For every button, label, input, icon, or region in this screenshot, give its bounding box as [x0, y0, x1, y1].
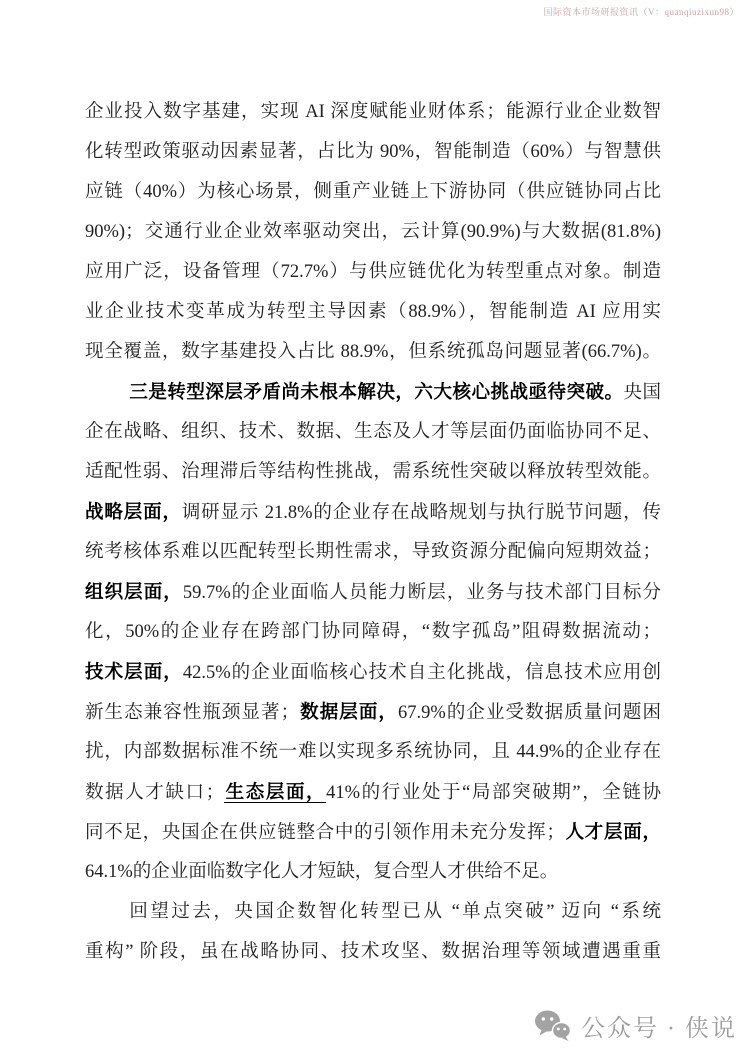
text-segment: 59.7%的企业面临人员能力断层，业务与技术部门目标分 — [183, 583, 661, 603]
text-line: 扰，内部数据标准不统一难以实现多系统协同，且 44.9%的企业存在 — [85, 732, 661, 772]
text-segment: 化转型政策驱动因素显著，占比为 90%，智能制造（60%）与智慧供 — [85, 142, 661, 162]
text-line: 64.1%的企业面临数字化人才短缺，复合型人才供给不足。 — [85, 852, 661, 892]
text-segment: 央国 — [623, 383, 661, 403]
text-segment: 应用广泛，设备管理（72.7%）与供应链优化为转型重点对象。制造 — [85, 262, 661, 282]
text-segment: 适配性弱、治理滞后等结构性挑战，需系统性突破以释放转型效能。 — [85, 462, 661, 482]
paragraph: 回望过去，央国企数智化转型已从 “单点突破” 迈向 “系统重构” 阶段，虽在战略… — [85, 892, 661, 972]
text-segment: 调研显示 21.8%的企业存在战略规划与执行脱节问题，传 — [182, 503, 661, 523]
text-segment: 企业投入数字基建，实现 AI 深度赋能业财体系；能源行业企业数智 — [85, 102, 661, 122]
section-label: 数据层面， — [299, 701, 398, 722]
text-segment: 41%的行业处于“局部突破期”，全链协 — [326, 783, 661, 803]
text-segment: 现全覆盖，数字基建投入占比 88.9%，但系统孤岛问题显著(66.7%)。 — [85, 342, 661, 362]
text-segment: 67.9%的企业受数据质量问题困 — [398, 703, 661, 723]
text-line: 战略层面，调研显示 21.8%的企业存在战略规划与执行脱节问题，传 — [85, 492, 661, 532]
text-segment: 回望过去，央国企数智化转型已从 “单点突破” 迈向 “系统 — [129, 902, 661, 922]
text-line: 新生态兼容性瓶颈显著；数据层面，67.9%的企业受数据质量问题困 — [85, 692, 661, 732]
section-label: 生态层面， — [224, 781, 326, 802]
text-segment: 统考核体系难以匹配转型长期性需求，导致资源分配偏向短期效益； — [85, 542, 661, 562]
footer-account-label: 公众号 · 侠说 — [581, 1008, 737, 1043]
section-label: 组织层面， — [85, 581, 183, 602]
text-segment: 同不足，央国企在供应链整合中的引领作用未充分发挥； — [85, 823, 565, 843]
text-line: 重构” 阶段，虽在战略协同、技术攻坚、数据治理等领域遭遇重重 — [85, 932, 661, 972]
text-segment: 64.1%的企业面临数字化人才短缺，复合型人才供给不足。 — [85, 862, 558, 882]
paragraph: 三是转型深层矛盾尚未根本解决，六大核心挑战亟待突破。央国企在战略、组织、技术、数… — [85, 372, 661, 892]
text-line: 90%)；交通行业企业效率驱动突出，云计算(90.9%)与大数据(81.8%) — [85, 212, 661, 252]
text-segment: 42.5%的企业面临核心技术自主化挑战，信息技术应用创 — [183, 663, 661, 683]
text-line: 回望过去，央国企数智化转型已从 “单点突破” 迈向 “系统 — [85, 892, 661, 932]
section-label: 三是转型深层矛盾尚未根本解决，六大核心挑战亟待突破。 — [129, 381, 623, 402]
text-segment: 化，50%的企业存在跨部门协同障碍，“数字孤岛”阻碍数据流动； — [85, 622, 661, 642]
page: 国际资本市场研报资讯（V：quanqiuzixun98） 企业投入数字基建，实现… — [0, 0, 743, 1052]
text-segment: 新生态兼容性瓶颈显著； — [85, 703, 299, 723]
text-line: 组织层面，59.7%的企业面临人员能力断层，业务与技术部门目标分 — [85, 572, 661, 612]
text-segment: 应链（40%）为核心场景，侧重产业链上下游协同（供应链协同占比 — [85, 182, 661, 202]
text-segment: 重构” 阶段，虽在战略协同、技术攻坚、数据治理等领域遭遇重重 — [85, 942, 661, 962]
text-line: 业企业技术变革成为转型主导因素（88.9%），智能制造 AI 应用实 — [85, 292, 661, 332]
section-label: 人才层面， — [565, 821, 661, 842]
text-line: 现全覆盖，数字基建投入占比 88.9%，但系统孤岛问题显著(66.7%)。 — [85, 332, 661, 372]
text-segment: 扰，内部数据标准不统一难以实现多系统协同，且 44.9%的企业存在 — [85, 742, 661, 762]
text-line: 同不足，央国企在供应链整合中的引领作用未充分发挥；人才层面， — [85, 812, 661, 852]
text-segment: 业企业技术变革成为转型主导因素（88.9%），智能制造 AI 应用实 — [85, 302, 661, 322]
text-line: 企业投入数字基建，实现 AI 深度赋能业财体系；能源行业企业数智 — [85, 92, 661, 132]
text-line: 企在战略、组织、技术、数据、生态及人才等层面仍面临协同不足、 — [85, 412, 661, 452]
text-line: 应链（40%）为核心场景，侧重产业链上下游协同（供应链协同占比 — [85, 172, 661, 212]
text-segment: 企在战略、组织、技术、数据、生态及人才等层面仍面临协同不足、 — [85, 422, 661, 442]
text-line: 化，50%的企业存在跨部门协同障碍，“数字孤岛”阻碍数据流动； — [85, 612, 661, 652]
document-body: 企业投入数字基建，实现 AI 深度赋能业财体系；能源行业企业数智化转型政策驱动因… — [85, 92, 661, 972]
text-line: 适配性弱、治理滞后等结构性挑战，需系统性突破以释放转型效能。 — [85, 452, 661, 492]
footer: 公众号 · 侠说 — [534, 1008, 737, 1043]
watermark: 国际资本市场研报资讯（V：quanqiuzixun98） — [544, 5, 740, 18]
text-line: 技术层面，42.5%的企业面临核心技术自主化挑战，信息技术应用创 — [85, 652, 661, 692]
text-segment: 数据人才缺口； — [85, 783, 224, 803]
text-line: 化转型政策驱动因素显著，占比为 90%，智能制造（60%）与智慧供 — [85, 132, 661, 172]
paragraph: 企业投入数字基建，实现 AI 深度赋能业财体系；能源行业企业数智化转型政策驱动因… — [85, 92, 661, 372]
text-line: 数据人才缺口；生态层面，41%的行业处于“局部突破期”，全链协 — [85, 772, 661, 812]
text-line: 应用广泛，设备管理（72.7%）与供应链优化为转型重点对象。制造 — [85, 252, 661, 292]
text-segment: 90%)；交通行业企业效率驱动突出，云计算(90.9%)与大数据(81.8%) — [85, 222, 661, 242]
section-label: 技术层面， — [85, 661, 183, 682]
text-line: 统考核体系难以匹配转型长期性需求，导致资源分配偏向短期效益； — [85, 532, 661, 572]
wechat-logo-icon — [534, 1009, 572, 1042]
text-line: 三是转型深层矛盾尚未根本解决，六大核心挑战亟待突破。央国 — [85, 372, 661, 412]
section-label: 战略层面， — [85, 501, 182, 522]
